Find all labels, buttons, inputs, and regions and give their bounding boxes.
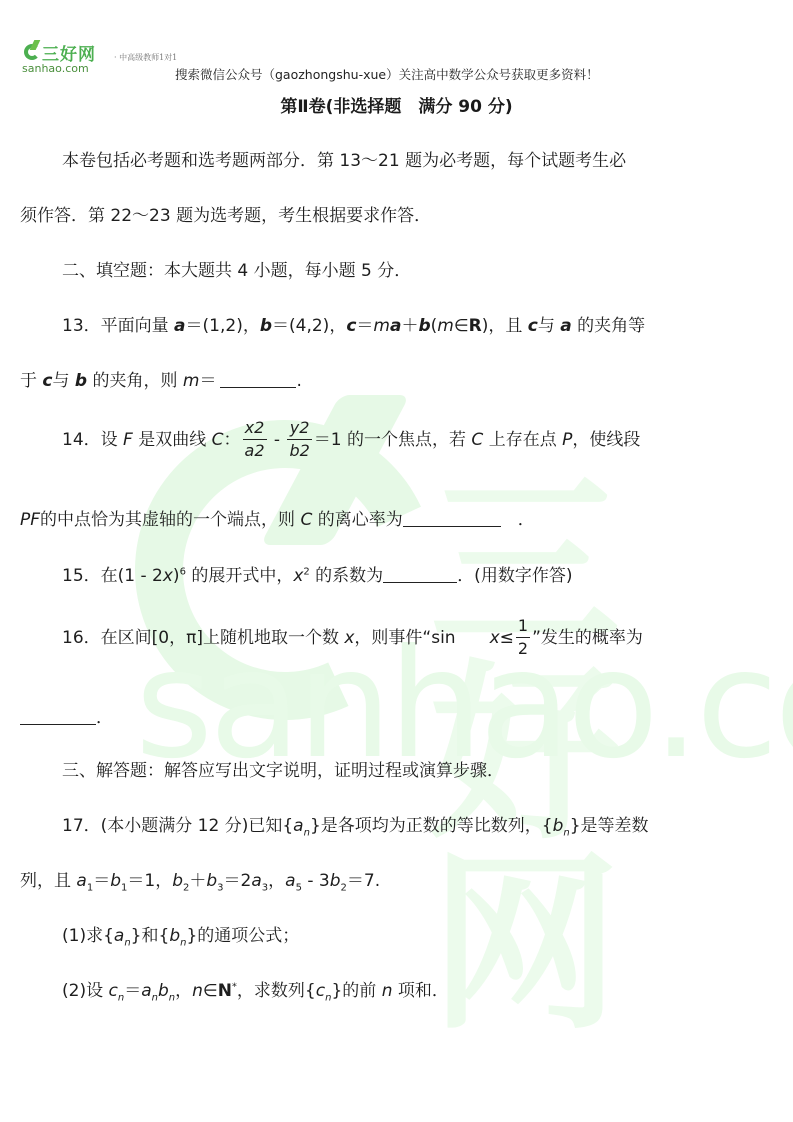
question-13-line-2: 于 c与 b 的夹角，则 m＝. xyxy=(20,371,302,391)
question-number: 16． xyxy=(62,628,101,648)
question-16-line-1: 16．在区间[0，π]上随机地取一个数 x，则事件“sin x≤12”发生的概率… xyxy=(62,616,643,660)
question-number: 15． xyxy=(62,566,101,586)
answer-blank-16[interactable] xyxy=(20,708,96,725)
intro-line-1: 本卷包括必考题和选考题两部分．第 13～21 题为必考题，每个试题考生必 xyxy=(62,151,626,171)
question-15: 15．在(1 - 2x)6 的展开式中，x2 的系数为．(用数字作答) xyxy=(62,566,572,586)
sanhao-logo: 三好网 sanhao.com · 中高级教师1对1 xyxy=(22,40,142,78)
watermark-brand-cn: 三好网 xyxy=(430,470,793,1040)
fraction-x2-a2: x2a2 xyxy=(243,418,267,462)
question-14-line-1: 14．设 F 是双曲线 C：x2a2 - y2b2＝1 的一个焦点，若 C 上存… xyxy=(62,418,640,462)
intro-line-2: 须作答．第 22～23 题为选考题，考生根据要求作答． xyxy=(20,206,431,226)
question-17-part-2: (2)设 cn＝anbn，n∈N*，求数列{cn}的前 n 项和． xyxy=(62,981,449,1001)
page-title: 第Ⅱ卷(非选择题 满分 90 分) xyxy=(0,92,793,117)
question-number: 14． xyxy=(62,430,101,450)
fraction-one-half: 12 xyxy=(516,616,530,660)
answer-blank-15[interactable] xyxy=(383,566,457,583)
question-17-part-1: (1)求{an}和{bn}的通项公式； xyxy=(62,926,299,946)
question-number: 13． xyxy=(62,316,101,336)
section-solution-heading: 三、解答题：解答应写出文字说明，证明过程或演算步骤． xyxy=(62,761,504,781)
logo-tagline: · 中高级教师1对1 xyxy=(114,52,177,63)
section-fill-in-heading: 二、填空题：本大题共 4 小题，每小题 5 分． xyxy=(62,261,411,281)
page-header: 三好网 sanhao.com · 中高级教师1对1 搜索微信公众号（gaozho… xyxy=(22,40,782,80)
logo-text-en: sanhao.com xyxy=(22,62,89,75)
question-13-line-1: 13．平面向量 a＝(1,2)，b＝(4,2)，c＝ma＋b(m∈R)，且 c与… xyxy=(62,316,645,336)
question-17-line-2: 列，且 a1＝b1＝1，b2＋b3＝2a3，a5 - 3b2＝7. xyxy=(20,871,380,891)
answer-blank-14[interactable] xyxy=(403,510,501,527)
fraction-y2-b2: y2b2 xyxy=(287,418,311,462)
question-17-line-1: 17．(本小题满分 12 分)已知{an}是各项均为正数的等比数列，{bn}是等… xyxy=(62,816,649,836)
answer-blank-13[interactable] xyxy=(220,371,296,388)
question-16-line-2: ． xyxy=(20,708,113,728)
question-number: 17． xyxy=(62,816,101,836)
promo-text: 搜索微信公众号（gaozhongshu-xue）关注高中数学公众号获取更多资料！ xyxy=(175,65,599,83)
question-14-line-2: PF的中点恰为其虚轴的一个端点，则 C 的离心率为 ． xyxy=(20,510,535,530)
